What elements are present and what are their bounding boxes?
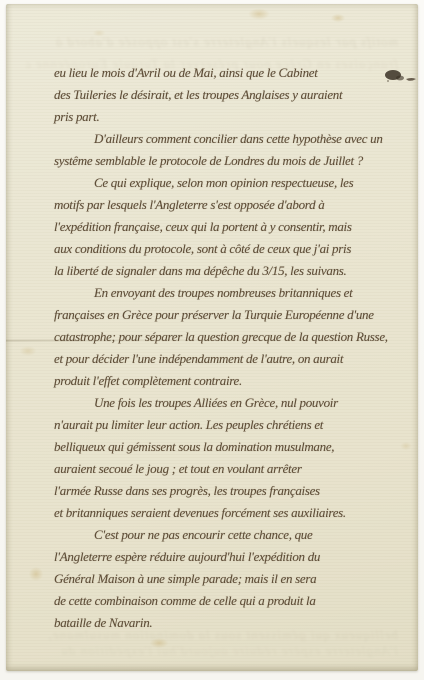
- manuscript-line: bataille de Navarin.: [54, 612, 416, 634]
- manuscript-line: françaises en Grèce pour préserver la Tu…: [54, 304, 416, 326]
- paper-stain: [328, 12, 348, 24]
- ink-bleedthrough-top: motifs par lesquels l'Angleterre s'est o…: [26, 34, 398, 50]
- manuscript-line: D'ailleurs comment concilier dans cette …: [54, 128, 416, 150]
- paper-stain: [16, 344, 40, 358]
- manuscript-line: et pour décider l'une indépendamment de …: [54, 348, 416, 370]
- paper-stain: [26, 564, 46, 584]
- manuscript-line: systême semblable le protocole de Londre…: [54, 150, 416, 172]
- paper-stain: [146, 636, 172, 650]
- paragraph: En envoyant des troupes nombreuses brita…: [54, 282, 416, 392]
- manuscript-line: Général Maison à une simple parade; mais…: [54, 568, 416, 590]
- manuscript-line: et britanniques seraient devenues forcém…: [54, 502, 416, 524]
- manuscript-photo: motifs par lesquels l'Angleterre s'est o…: [0, 0, 424, 680]
- manuscript-line: catastrophe; pour séparer la question gr…: [54, 326, 416, 348]
- manuscript-line: des Tuileries le désirait, et les troupe…: [54, 84, 416, 106]
- paper-stain: [90, 28, 108, 38]
- paragraph: D'ailleurs comment concilier dans cette …: [54, 128, 416, 172]
- manuscript-line: belliqueux qui gémissent sous la dominat…: [54, 436, 416, 458]
- manuscript-page: motifs par lesquels l'Angleterre s'est o…: [6, 4, 418, 671]
- manuscript-line: En envoyant des troupes nombreuses brita…: [54, 282, 416, 304]
- manuscript-line: l'Angleterre espère réduire aujourd'hui …: [54, 546, 416, 568]
- manuscript-line: Une fois les troupes Alliées en Grèce, n…: [54, 392, 416, 414]
- paragraph: Ce qui explique, selon mon opinion respe…: [54, 172, 416, 282]
- manuscript-line: aux conditions du protocole, sont à côté…: [54, 238, 416, 260]
- manuscript-line: motifs par lesquels l'Angleterre s'est o…: [54, 194, 416, 216]
- manuscript-line: Ce qui explique, selon mon opinion respe…: [54, 172, 416, 194]
- manuscript-line: n'aurait pu limiter leur action. Les peu…: [54, 414, 416, 436]
- manuscript-line: pris part.: [54, 106, 416, 128]
- manuscript-line: la liberté de signaler dans ma dépêche d…: [54, 260, 416, 282]
- manuscript-line: auraient secoué le joug ; et tout en vou…: [54, 458, 416, 480]
- manuscript-line: eu lieu le mois d'Avril ou de Mai, ainsi…: [54, 62, 416, 84]
- paragraph: Une fois les troupes Alliées en Grèce, n…: [54, 392, 416, 524]
- manuscript-line: produit l'effet complètement contraire.: [54, 370, 416, 392]
- manuscript-text: eu lieu le mois d'Avril ou de Mai, ainsi…: [54, 62, 416, 634]
- paper-stain: [244, 6, 274, 22]
- manuscript-line: C'est pour ne pas encourir cette chance,…: [54, 524, 416, 546]
- manuscript-line: l'expédition française, ceux qui la port…: [54, 216, 416, 238]
- paragraph: C'est pour ne pas encourir cette chance,…: [54, 524, 416, 634]
- manuscript-line: l'armée Russe dans ses progrès, les trou…: [54, 480, 416, 502]
- ink-bleedthrough-bottom: l'Angleterre espère réduire aujourd'hui …: [26, 643, 398, 659]
- manuscript-line: de cette combinaison comme de celle qui …: [54, 590, 416, 612]
- paragraph: eu lieu le mois d'Avril ou de Mai, ainsi…: [54, 62, 416, 128]
